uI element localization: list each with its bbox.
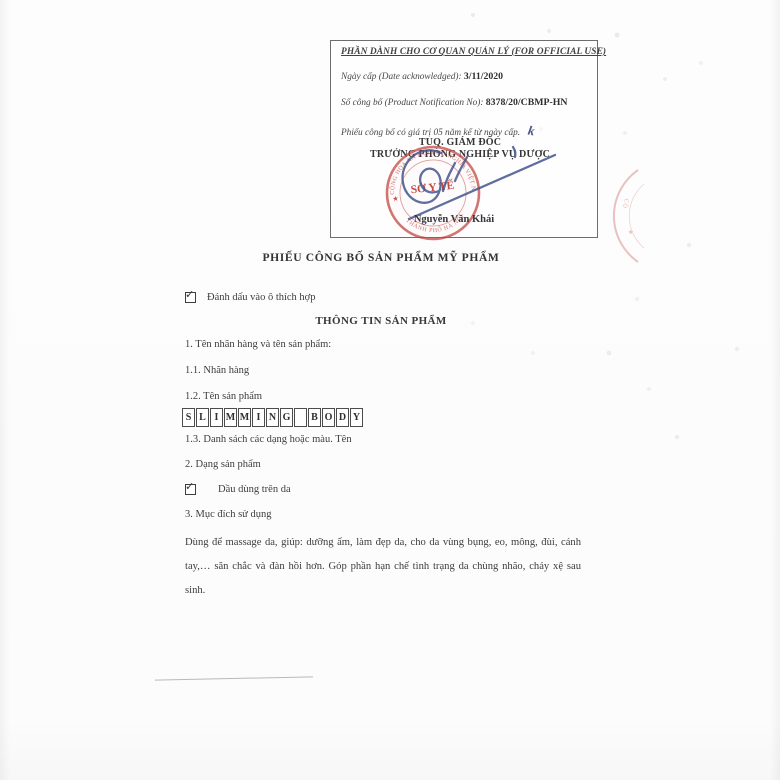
letter-cell: G (280, 408, 293, 427)
date-acknowledged-label: Ngày cấp (Date acknowledged): (341, 72, 462, 82)
item-product-name: 1.2. Tên sản phẩm (185, 391, 262, 402)
letter-cell: O (322, 408, 335, 427)
bottom-divider-line (155, 676, 313, 681)
letter-cell-space (294, 408, 307, 427)
notification-number-row: Số công bố (Product Notification No): 83… (341, 97, 593, 108)
letter-cell: I (252, 408, 265, 427)
letter-cell: D (336, 408, 349, 427)
letter-cell: B (308, 408, 321, 427)
intended-use-paragraph: Dùng để massage da, giúp: dưỡng ẩm, làm … (185, 531, 581, 603)
scan-noise-speckles (0, 0, 2, 2)
date-acknowledged-row: Ngày cấp (Date acknowledged): 3/11/2020 (341, 71, 593, 82)
letter-cell: M (238, 408, 251, 427)
letter-cell: S (182, 408, 195, 427)
signer-name: Nguyễn Văn Khái (321, 214, 587, 225)
page-edge-shade-left (0, 0, 10, 780)
letter-cell: Y (350, 408, 363, 427)
item-intended-use: 3. Mục đích sử dụng (185, 509, 271, 520)
official-use-box: PHẦN DÀNH CHO CƠ QUAN QUẢN LÝ (FOR OFFIC… (330, 40, 598, 238)
document-title: PHIẾU CÔNG BỐ SẢN PHẨM MỸ PHẨM (185, 251, 577, 264)
partial-stamp-edge-icon: CỘ ★ (602, 168, 650, 264)
letter-cell: L (196, 408, 209, 427)
product-name-letter-boxes: S L I M M I N G B O D Y (182, 408, 363, 427)
oil-on-skin-label: Dầu dùng trên da (218, 484, 291, 495)
checked-checkbox-icon: ✓ (185, 484, 196, 495)
partial-stamp-text: CỘ (621, 198, 630, 210)
mark-appropriate-box-label: Đánh dấu vào ô thích hợp (207, 292, 316, 303)
scanned-document-page: PHẦN DÀNH CHO CƠ QUAN QUẢN LÝ (FOR OFFIC… (0, 0, 780, 780)
oil-on-skin-row: ✓ Dầu dùng trên da (185, 484, 291, 495)
checked-checkbox-icon: ✓ (185, 292, 196, 303)
notification-number-label: Số công bố (Product Notification No): (341, 98, 483, 108)
svg-text:CỘ: CỘ (621, 198, 630, 210)
mark-appropriate-box-row: ✓ Đánh dấu vào ô thích hợp (185, 292, 316, 303)
notification-number-value: 8378/20/CBMP-HN (486, 97, 568, 108)
official-box-header: PHẦN DÀNH CHO CƠ QUAN QUẢN LÝ (FOR OFFIC… (341, 47, 591, 57)
date-acknowledged-value: 3/11/2020 (464, 71, 503, 82)
product-info-section-header: THÔNG TIN SẢN PHẨM (185, 315, 577, 327)
item-brand: 1.1. Nhãn hàng (185, 365, 249, 376)
partial-stamp-star-icon: ★ (628, 229, 633, 236)
letter-cell: M (224, 408, 237, 427)
item-brand-and-product-name: 1. Tên nhãn hàng và tên sản phẩm: (185, 339, 331, 350)
page-edge-shade-right (770, 0, 780, 780)
item-product-form: 2. Dạng sản phẩm (185, 459, 261, 470)
letter-cell: I (210, 408, 223, 427)
letter-cell: N (266, 408, 279, 427)
item-forms-or-colors: 1.3. Danh sách các dạng hoặc màu. Tên (185, 434, 352, 445)
